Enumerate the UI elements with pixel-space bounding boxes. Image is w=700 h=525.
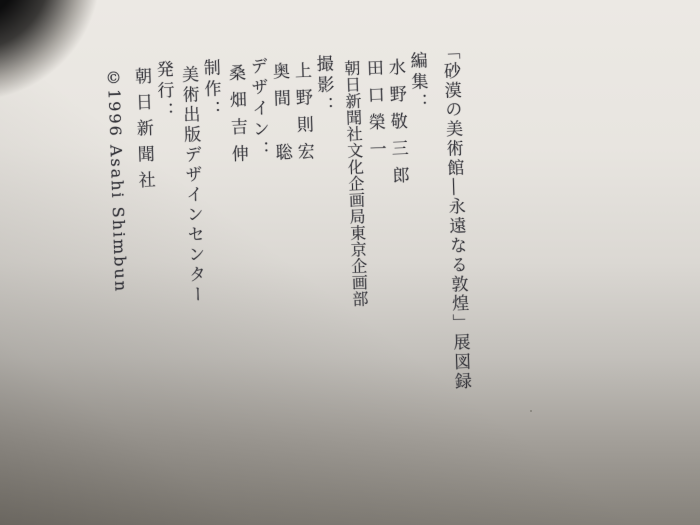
colophon-text-block: 「砂漠の美術館―永遠なる敦煌」展図録 編集： 水野敬三郎 田口榮一 朝日新聞社文… — [101, 42, 474, 454]
dust-speck — [530, 410, 532, 412]
catalog-title-column: 「砂漠の美術館―永遠なる敦煌」展図録 — [438, 42, 474, 443]
book-colophon-page-photo: 「砂漠の美術館―永遠なる敦煌」展図録 編集： 水野敬三郎 田口榮一 朝日新聞社文… — [0, 0, 700, 525]
dust-speck — [362, 246, 365, 248]
